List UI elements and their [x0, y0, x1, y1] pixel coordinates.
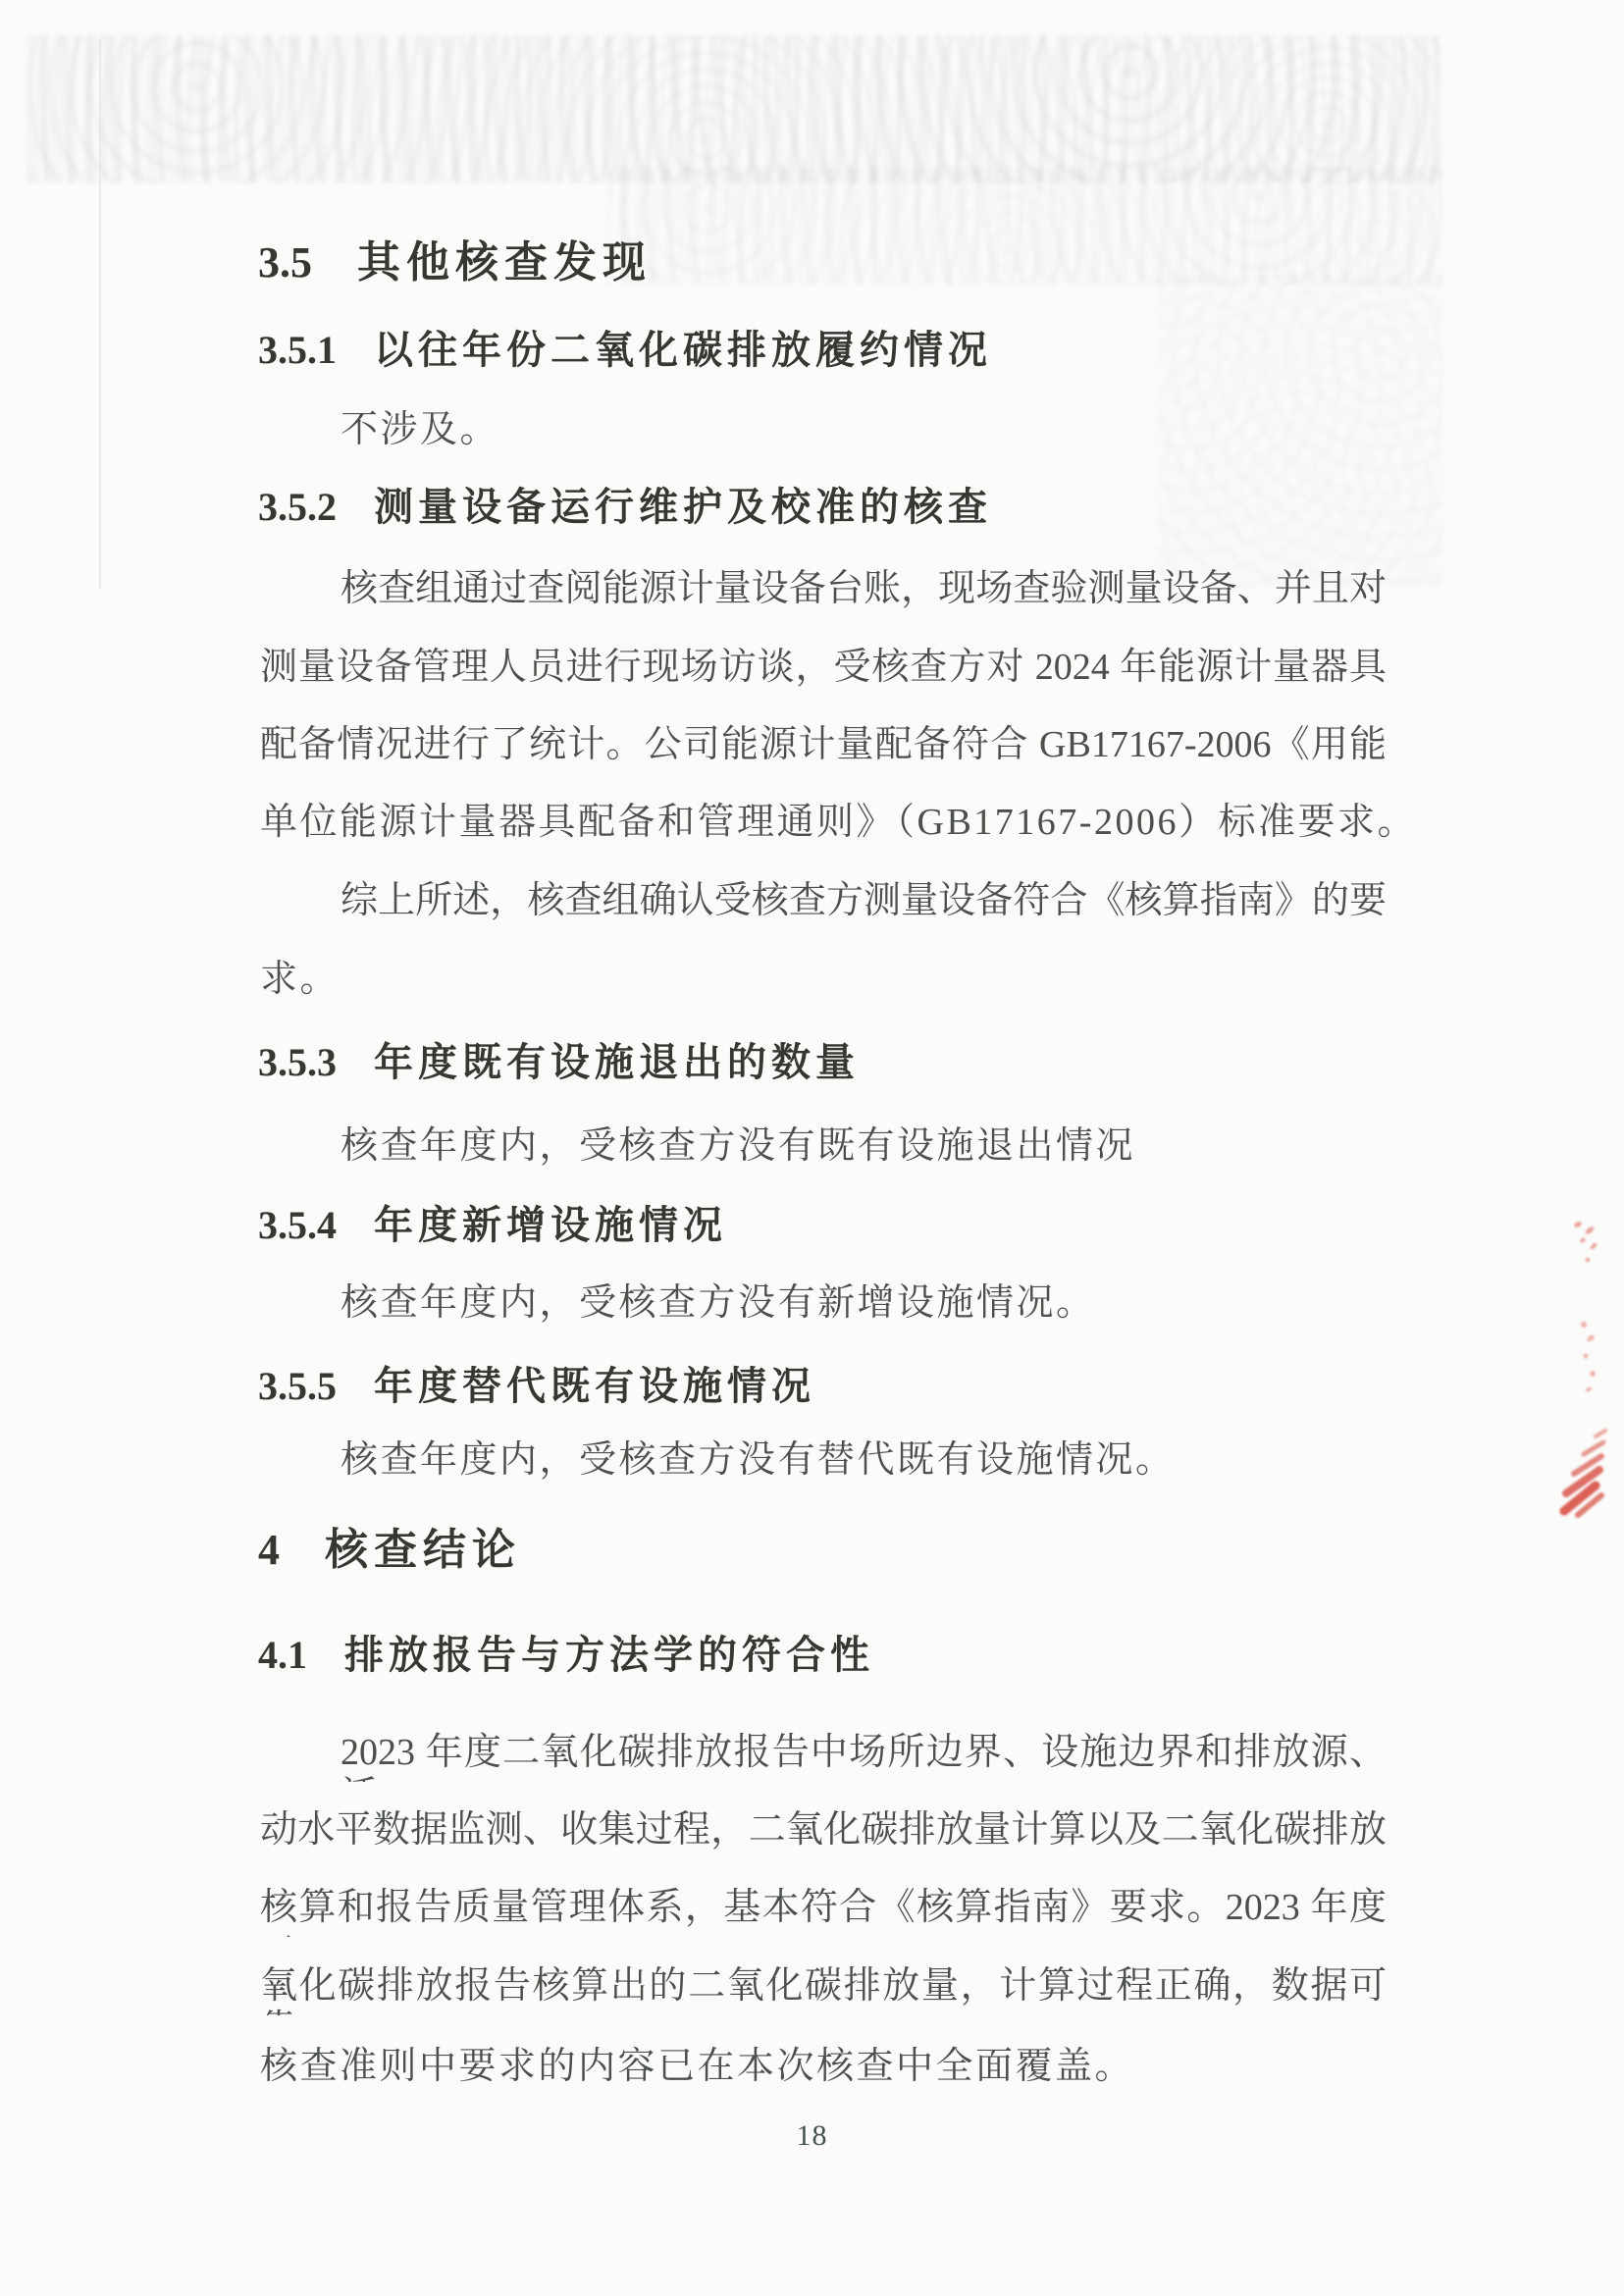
- scan-noise-top: [27, 35, 1441, 183]
- paragraph-line: 综上所述，核查组确认受核查方测量设备符合《核算指南》的要: [341, 879, 1387, 922]
- heading-title: 以往年份二氧化碳排放履约情况: [374, 328, 992, 372]
- paragraph-line: 单位能源计量器具配备和管理通则》（GB17167-2006）标准要求。: [260, 801, 1417, 844]
- paragraph-line: 核查年度内，受核查方没有既有设施退出情况: [341, 1124, 1135, 1168]
- paragraph-line: 2023 年度二氧化碳排放报告中场所边界、设施边界和排放源、活: [341, 1731, 1387, 1782]
- heading-number: 4: [258, 1526, 280, 1574]
- paragraph-line: 不涉及。: [341, 408, 499, 451]
- heading-number: 3.5.4: [258, 1203, 337, 1247]
- heading-number: 3.5.3: [258, 1040, 337, 1084]
- heading-title: 年度既有设施退出的数量: [374, 1040, 860, 1084]
- heading-4-1: 4.1排放报告与方法学的符合性: [258, 1633, 874, 1678]
- heading-4: 4核查结论: [258, 1525, 521, 1575]
- heading-number: 3.5.1: [258, 328, 337, 372]
- stamp-fragment-icon: [1556, 1429, 1607, 1519]
- scanned-document-page: 3.5其他核查发现 3.5.1以往年份二氧化碳排放履约情况 不涉及。 3.5.2…: [0, 0, 1624, 2296]
- scan-noise-top-right: [608, 167, 1442, 285]
- heading-title: 排放报告与方法学的符合性: [344, 1633, 874, 1677]
- heading-title: 其他核查发现: [357, 238, 652, 287]
- heading-number: 4.1: [258, 1633, 307, 1677]
- heading-title: 年度替代既有设施情况: [374, 1364, 815, 1408]
- heading-3-5-1: 3.5.1以往年份二氧化碳排放履约情况: [258, 328, 992, 373]
- heading-title: 测量设备运行维护及校准的核查: [374, 485, 992, 529]
- stamp-fragment-icon: [1574, 1319, 1599, 1395]
- paragraph-line: 测量设备管理人员进行现场访谈，受核查方对 2024 年能源计量器具: [260, 646, 1387, 689]
- scan-fold-line: [99, 39, 101, 589]
- heading-3-5-4: 3.5.4年度新增设施情况: [258, 1203, 727, 1248]
- heading-number: 3.5.5: [258, 1364, 337, 1408]
- page-number: 18: [0, 2119, 1624, 2153]
- scan-noise-right: [1158, 275, 1442, 589]
- paragraph-line: 核查年度内，受核查方没有替代既有设施情况。: [341, 1438, 1176, 1482]
- paragraph-line: 配备情况进行了统计。公司能源计量配备符合 GB17167-2006《用能: [260, 723, 1387, 766]
- heading-3-5-3: 3.5.3年度既有设施退出的数量: [258, 1040, 860, 1085]
- stamp-fragment-icon: [1568, 1217, 1601, 1268]
- heading-3-5-2: 3.5.2测量设备运行维护及校准的核查: [258, 485, 992, 530]
- paragraph-line: 核查组通过查阅能源计量设备台账，现场查验测量设备、并且对: [341, 567, 1387, 610]
- paragraph-line: 核算和报告质量管理体系，基本符合《核算指南》要求。2023 年度二: [260, 1886, 1387, 1937]
- paragraph-line: 核查准则中要求的内容已在本次核查中全面覆盖。: [260, 2045, 1134, 2088]
- heading-title: 年度新增设施情况: [374, 1203, 727, 1247]
- paragraph-line: 动水平数据监测、收集过程，二氧化碳排放量计算以及二氧化碳排放: [260, 1808, 1387, 1852]
- paragraph-line: 氧化碳排放报告核算出的二氧化碳排放量，计算过程正确，数据可靠。: [260, 1964, 1387, 2015]
- heading-title: 核查结论: [325, 1526, 521, 1574]
- heading-3-5: 3.5其他核查发现: [258, 237, 652, 287]
- heading-number: 3.5: [258, 238, 312, 287]
- heading-number: 3.5.2: [258, 485, 337, 529]
- paragraph-line: 求。: [260, 958, 340, 1001]
- paragraph-line: 核查年度内，受核查方没有新增设施情况。: [341, 1281, 1096, 1325]
- heading-3-5-5: 3.5.5年度替代既有设施情况: [258, 1364, 815, 1409]
